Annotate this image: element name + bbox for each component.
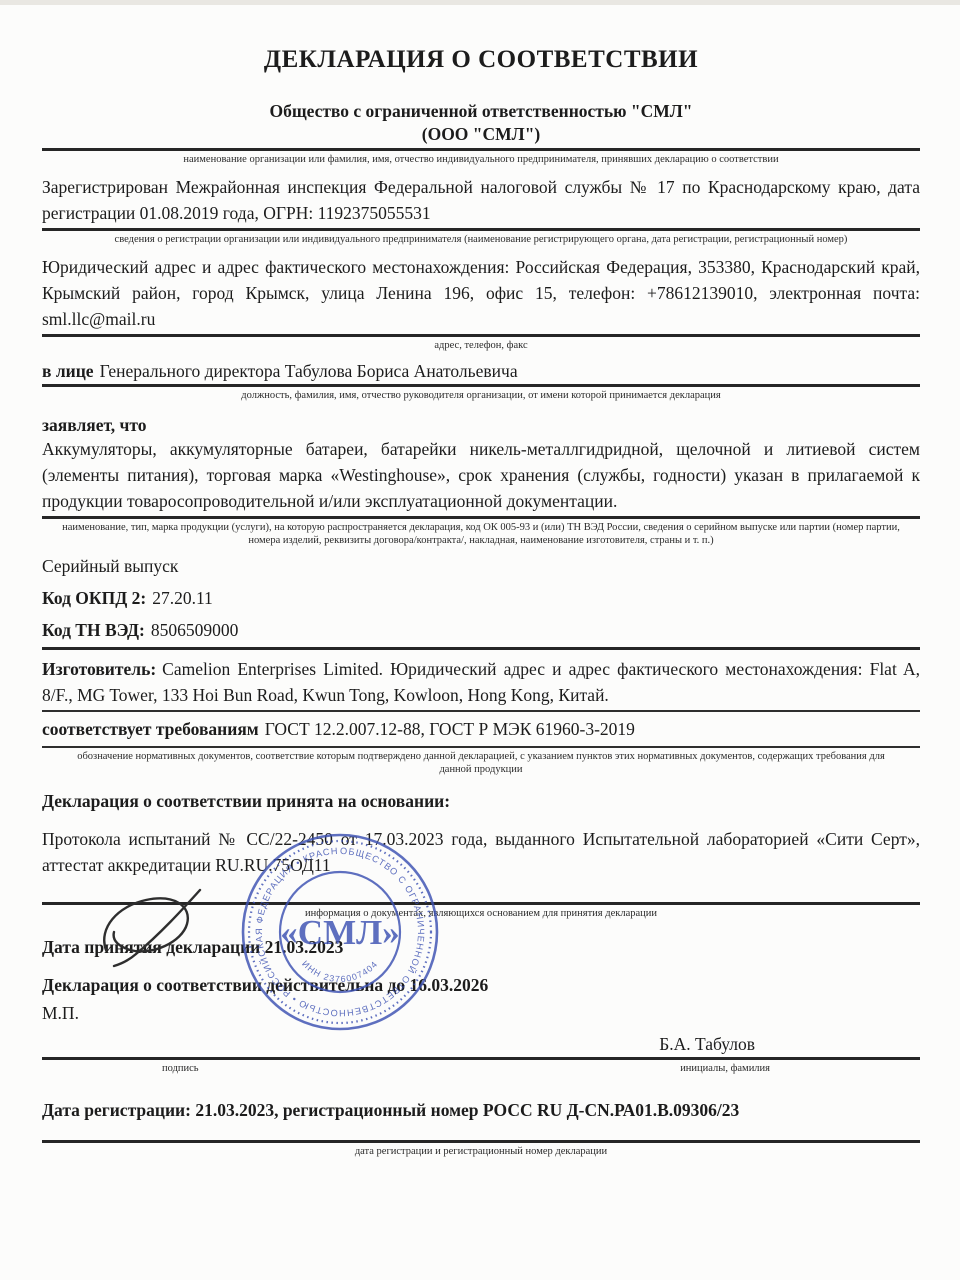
divider: [42, 647, 920, 650]
caption-norms: обозначение нормативных документов, соот…: [60, 750, 902, 776]
caption-org: наименование организации или фамилия, им…: [60, 153, 902, 166]
person-value: Генерального директора Табулова Бориса А…: [100, 361, 518, 381]
caption-product: наименование, тип, марка продукции (услу…: [60, 521, 902, 547]
serial-issue: Серийный выпуск: [42, 555, 920, 577]
okpd-label: Код ОКПД 2:: [42, 588, 146, 608]
caption-person: должность, фамилия, имя, отчество руково…: [60, 389, 902, 402]
person-label: в лице: [42, 361, 94, 381]
company-stamp: ОБЩЕСТВО С ОГРАНИЧЕННОЙ ОТВЕТСТВЕННОСТЬЮ…: [238, 830, 442, 1034]
okpd-code-line: Код ОКПД 2:27.20.11: [42, 587, 920, 609]
divider: [42, 384, 920, 387]
product-description: Аккумуляторы, аккумуляторные батареи, ба…: [42, 436, 920, 514]
caption-registration: сведения о регистрации организации или и…: [60, 233, 902, 246]
divider: [42, 1140, 920, 1143]
registration-info: Зарегистрирован Межрайонная инспекция Фе…: [42, 174, 920, 226]
signature-stroke: [88, 884, 258, 972]
divider: [42, 334, 920, 337]
declares-heading: заявляет, что: [42, 414, 920, 436]
validity-line: Декларация о соответствии действительна …: [42, 974, 920, 996]
basis-heading: Декларация о соответствии принята на осн…: [42, 790, 920, 812]
divider: [42, 228, 920, 231]
document-content: ДЕКЛАРАЦИЯ О СООТВЕТСТВИИ Общество с огр…: [0, 0, 960, 1158]
caption-signatory: инициалы, фамилия: [680, 1063, 770, 1074]
tnved-code-line: Код ТН ВЭД:8506509000: [42, 619, 920, 641]
registration-number-line: Дата регистрации: 21.03.2023, регистраци…: [42, 1098, 920, 1122]
mp-mark: М.П.: [42, 1002, 920, 1024]
manufacturer-value: Camelion Enterprises Limited. Юридически…: [42, 659, 920, 705]
basis-text: Протокола испытаний № СС/22-2450 от 17.0…: [42, 826, 920, 878]
caption-address: адрес, телефон, факс: [60, 339, 902, 352]
conformity-line: соответствует требованиямГОСТ 12.2.007.1…: [42, 718, 920, 740]
divider: [42, 516, 920, 519]
caption-reg-number: дата регистрации и регистрационный номер…: [60, 1145, 902, 1158]
org-name-line2: (ООО "СМЛ"): [42, 123, 920, 146]
manufacturer-label: Изготовитель:: [42, 659, 156, 679]
org-name-line1: Общество с ограниченной ответственностью…: [42, 100, 920, 123]
signature-captions: подпись инициалы, фамилия: [42, 1060, 920, 1074]
conformity-value: ГОСТ 12.2.007.12-88, ГОСТ Р МЭК 61960-3-…: [265, 719, 635, 739]
manufacturer-line: Изготовитель:Camelion Enterprises Limite…: [42, 656, 920, 708]
tnved-value: 8506509000: [151, 620, 239, 640]
divider: [42, 746, 920, 748]
tnved-label: Код ТН ВЭД:: [42, 620, 145, 640]
divider: [42, 148, 920, 151]
person-line: в лицеГенерального директора Табулова Бо…: [42, 360, 920, 382]
caption-signature: подпись: [162, 1063, 199, 1074]
okpd-value: 27.20.11: [152, 588, 213, 608]
declaration-title: ДЕКЛАРАЦИЯ О СООТВЕТСТВИИ: [42, 46, 920, 74]
conformity-label: соответствует требованиям: [42, 719, 259, 739]
stamp-inn-text: ИНН 2376007404: [300, 959, 380, 984]
divider: [42, 710, 920, 712]
stamp-center-text: «СМЛ»: [280, 913, 399, 952]
signatory-name: Б.А. Табулов: [42, 1034, 920, 1055]
declaration-document: ДЕКЛАРАЦИЯ О СООТВЕТСТВИИ Общество с огр…: [0, 0, 960, 1280]
address-info: Юридический адрес и адрес фактического м…: [42, 254, 920, 332]
